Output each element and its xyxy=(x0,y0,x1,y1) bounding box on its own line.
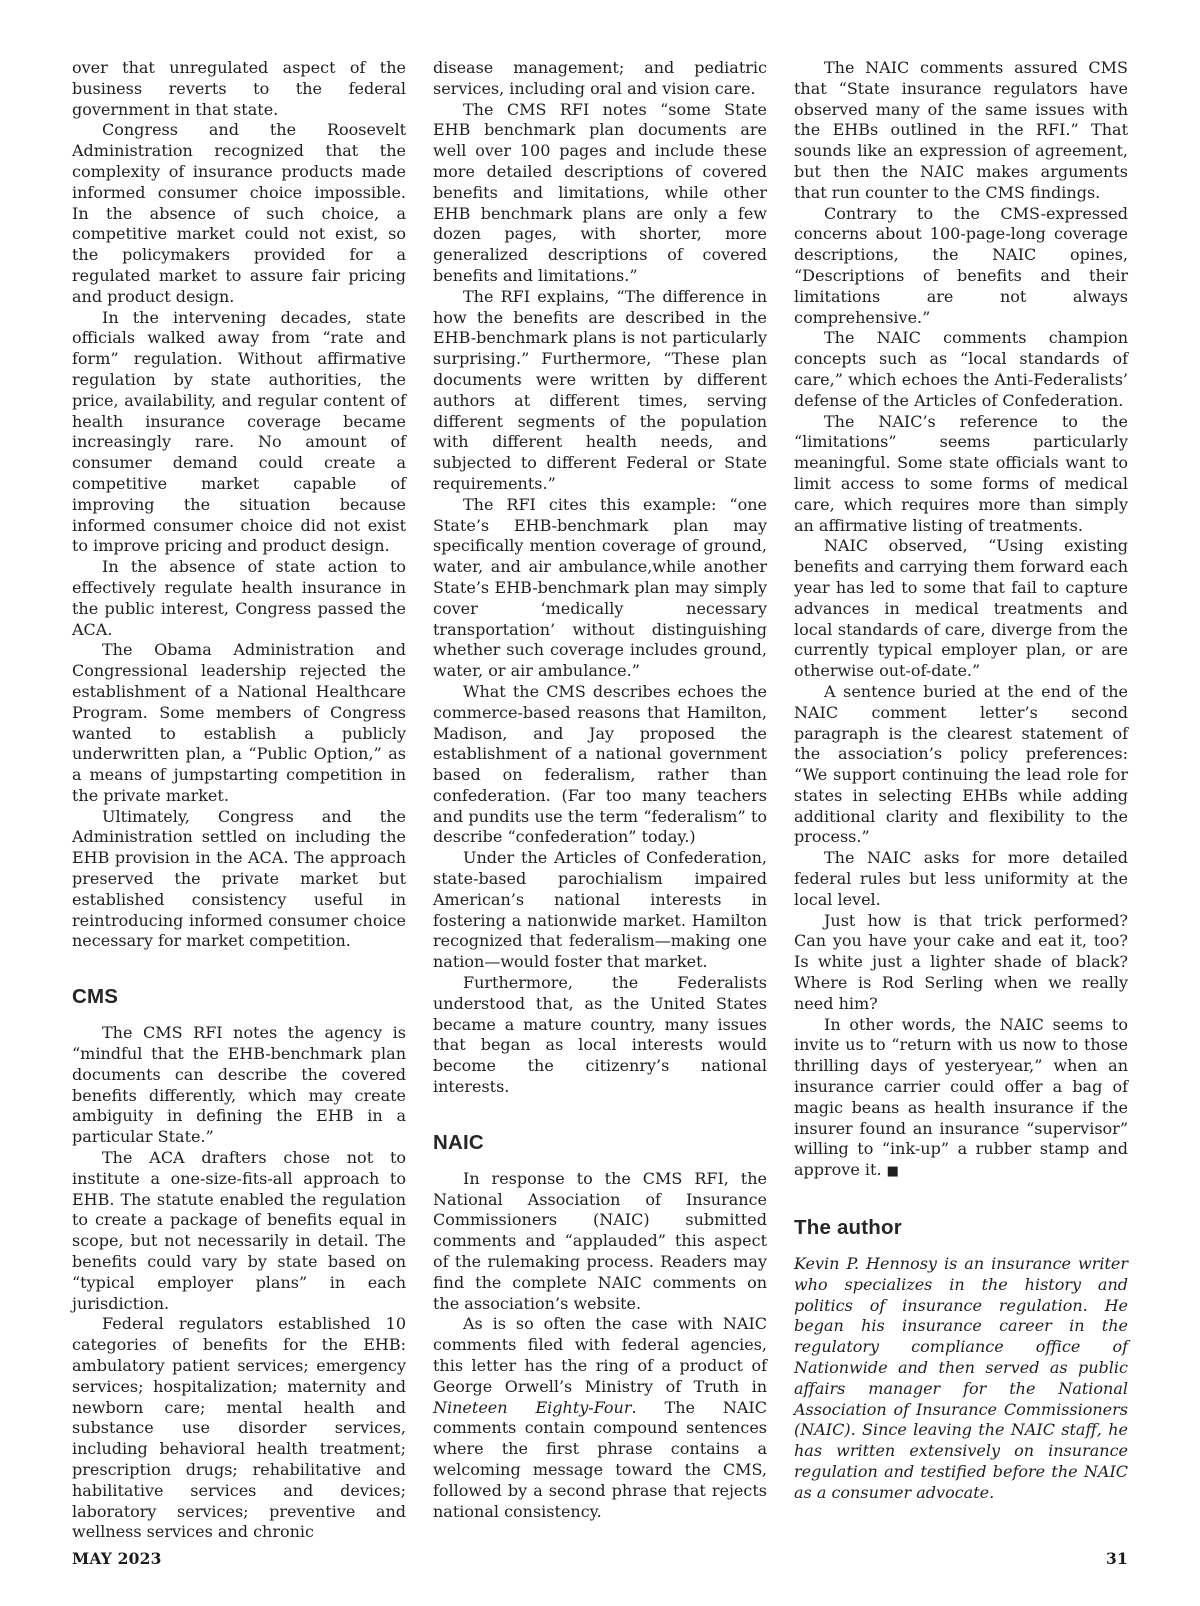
text-run: The RFI explains, “The difference in how… xyxy=(433,287,767,493)
body-paragraph: The ACA drafters chose not to institute … xyxy=(72,1148,406,1314)
text-run: The CMS RFI notes the agency is “mindful… xyxy=(72,1023,406,1146)
text-run: The NAIC’s reference to the “limitations… xyxy=(794,412,1128,535)
text-column-1: over that unregulated aspect of the busi… xyxy=(72,58,406,1543)
section-heading: CMS xyxy=(72,985,406,1009)
section-heading: NAIC xyxy=(433,1131,767,1155)
body-paragraph: Under the Articles of Confederation, sta… xyxy=(433,848,767,973)
text-run: disease management; and pediatric servic… xyxy=(433,58,767,98)
body-paragraph: In the absence of state action to effect… xyxy=(72,557,406,640)
body-paragraph: The NAIC asks for more detailed federal … xyxy=(794,848,1128,910)
text-run: Furthermore, the Federalists understood … xyxy=(433,973,767,1096)
text-run: Under the Articles of Confederation, sta… xyxy=(433,848,767,971)
text-run: In the absence of state action to effect… xyxy=(72,557,406,638)
text-run: The Obama Administration and Congression… xyxy=(72,640,406,805)
text-run: The CMS RFI notes “some State EHB benchm… xyxy=(433,100,767,285)
text-run: The NAIC comments assured CMS that “Stat… xyxy=(794,58,1128,202)
body-paragraph: A sentence buried at the end of the NAIC… xyxy=(794,682,1128,848)
body-paragraph: Furthermore, the Federalists understood … xyxy=(433,973,767,1098)
body-paragraph: The RFI explains, “The difference in how… xyxy=(433,287,767,495)
body-paragraph: over that unregulated aspect of the busi… xyxy=(72,58,406,120)
text-run: Ultimately, Congress and the Administrat… xyxy=(72,807,406,951)
text-run: The ACA drafters chose not to institute … xyxy=(72,1148,406,1313)
body-paragraph: In response to the CMS RFI, the National… xyxy=(433,1169,767,1315)
text-run: In response to the CMS RFI, the National… xyxy=(433,1169,767,1313)
page-footer: MAY 2023 31 xyxy=(72,1549,1128,1568)
text-run: The NAIC comments champion concepts such… xyxy=(794,328,1128,409)
magazine-page: over that unregulated aspect of the busi… xyxy=(0,0,1200,1606)
text-run: As is so often the case with NAIC commen… xyxy=(433,1314,767,1395)
footer-page-number: 31 xyxy=(1106,1549,1128,1568)
text-run: Congress and the Roosevelt Administratio… xyxy=(72,120,406,305)
text-run: Contrary to the CMS-expressed concerns a… xyxy=(794,204,1128,327)
text-run: Federal regulators established 10 catego… xyxy=(72,1314,406,1541)
text-column-3: The NAIC comments assured CMS that “Stat… xyxy=(794,58,1128,1543)
text-run: The RFI cites this example: “one State’s… xyxy=(433,495,767,680)
text-run: NAIC observed, “Using existing benefits … xyxy=(794,536,1128,680)
text-run: Just how is that trick performed? Can yo… xyxy=(794,911,1128,1013)
body-paragraph: In the intervening decades, state offici… xyxy=(72,308,406,558)
text-run: In other words, the NAIC seems to invite… xyxy=(794,1015,1128,1180)
body-paragraph: disease management; and pediatric servic… xyxy=(433,58,767,100)
body-paragraph: Ultimately, Congress and the Administrat… xyxy=(72,807,406,953)
body-paragraph: The CMS RFI notes the agency is “mindful… xyxy=(72,1023,406,1148)
footer-issue-date: MAY 2023 xyxy=(72,1549,162,1568)
body-paragraph: The Obama Administration and Congression… xyxy=(72,640,406,806)
text-run: What the CMS describes echoes the commer… xyxy=(433,682,767,847)
section-heading: The author xyxy=(794,1216,1128,1240)
body-paragraph: As is so often the case with NAIC commen… xyxy=(433,1314,767,1522)
body-paragraph: The RFI cites this example: “one State’s… xyxy=(433,495,767,682)
author-bio-paragraph: Kevin P. Hennosy is an insurance writer … xyxy=(794,1254,1128,1504)
body-paragraph: The NAIC comments assured CMS that “Stat… xyxy=(794,58,1128,204)
body-paragraph: Congress and the Roosevelt Administratio… xyxy=(72,120,406,307)
body-paragraph: Just how is that trick performed? Can yo… xyxy=(794,911,1128,1015)
body-paragraph: NAIC observed, “Using existing benefits … xyxy=(794,536,1128,682)
article-end-mark: ■ xyxy=(887,1164,899,1179)
italic-text-run: Nineteen Eighty-Four xyxy=(433,1398,632,1417)
text-column-2: disease management; and pediatric servic… xyxy=(433,58,767,1543)
body-paragraph: The CMS RFI notes “some State EHB benchm… xyxy=(433,100,767,287)
body-paragraph: The NAIC’s reference to the “limitations… xyxy=(794,412,1128,537)
text-run: A sentence buried at the end of the NAIC… xyxy=(794,682,1128,847)
body-paragraph: What the CMS describes echoes the commer… xyxy=(433,682,767,848)
text-run: Kevin P. Hennosy is an insurance writer … xyxy=(794,1254,1128,1502)
text-run: The NAIC asks for more detailed federal … xyxy=(794,848,1128,909)
body-paragraph: Contrary to the CMS-expressed concerns a… xyxy=(794,204,1128,329)
text-run: In the intervening decades, state offici… xyxy=(72,308,406,556)
article-columns: over that unregulated aspect of the busi… xyxy=(72,58,1128,1543)
body-paragraph: In other words, the NAIC seems to invite… xyxy=(794,1015,1128,1183)
text-run: over that unregulated aspect of the busi… xyxy=(72,58,406,119)
body-paragraph: The NAIC comments champion concepts such… xyxy=(794,328,1128,411)
body-paragraph: Federal regulators established 10 catego… xyxy=(72,1314,406,1543)
